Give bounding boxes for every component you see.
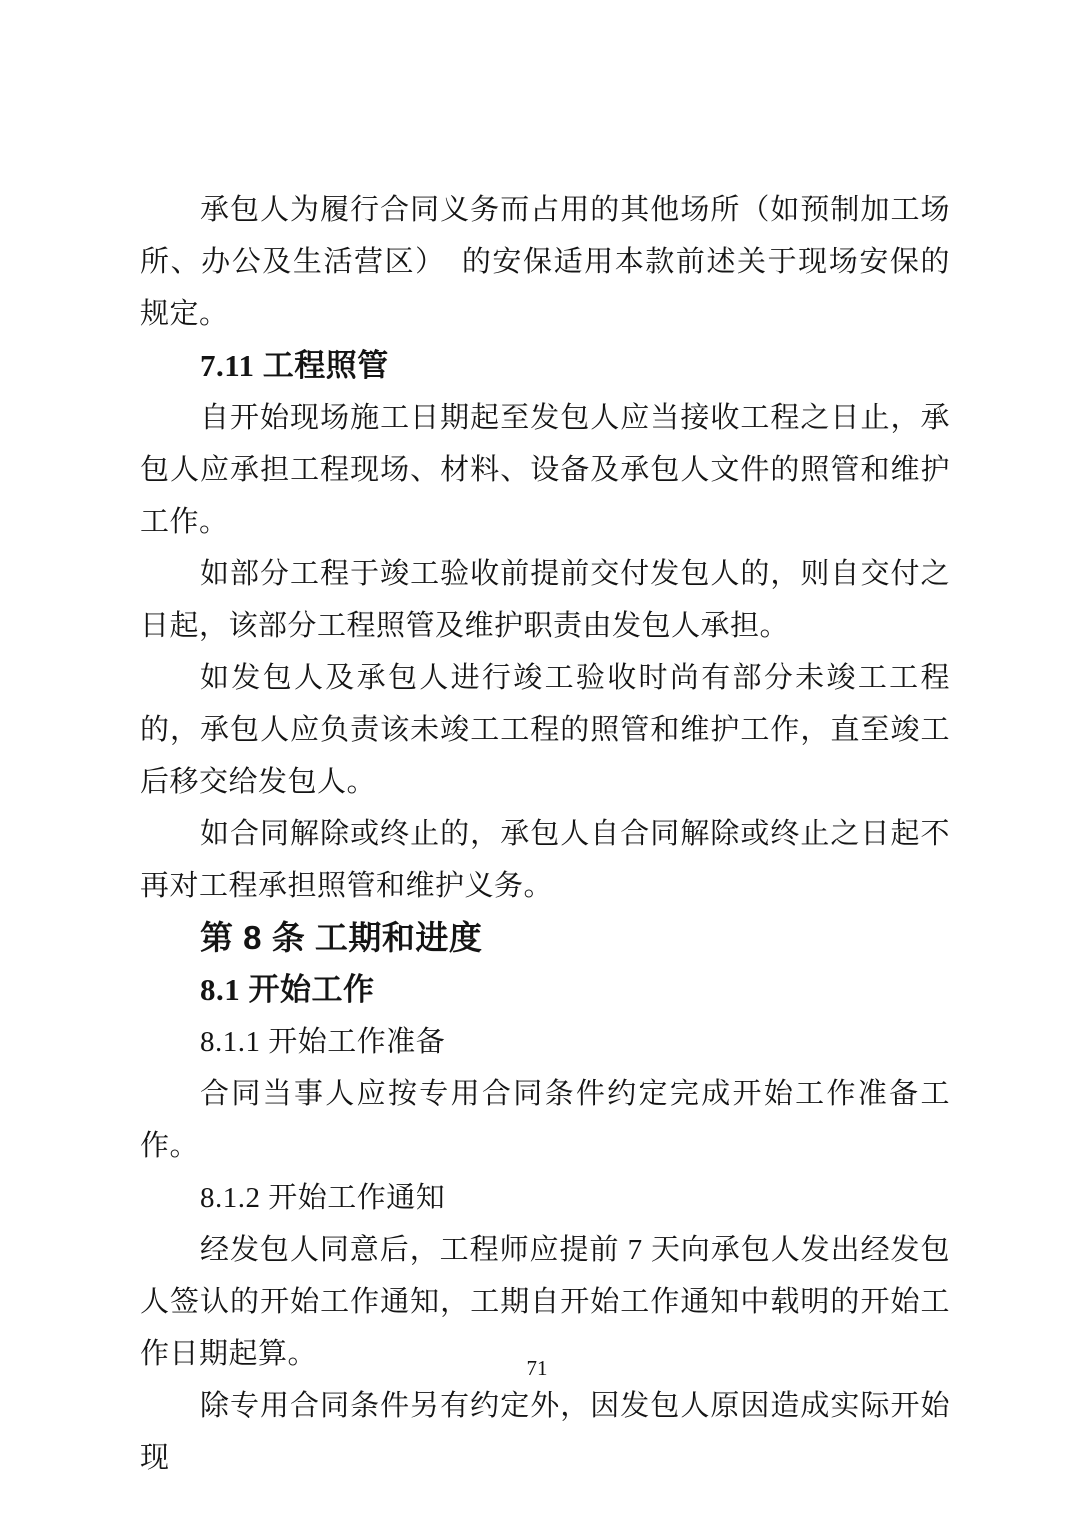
document-page: 承包人为履行合同义务而占用的其他场所（如预制加工场所、办公及生活营区） 的安保适…: [0, 0, 1074, 1520]
clause-heading-8-1-1: 8.1.1 开始工作准备: [140, 1016, 950, 1068]
section-heading-7-11: 7.11 工程照管: [140, 340, 950, 392]
clause-heading-8-1-2: 8.1.2 开始工作通知: [140, 1172, 950, 1224]
paragraph: 承包人为履行合同义务而占用的其他场所（如预制加工场所、办公及生活营区） 的安保适…: [140, 184, 950, 340]
chapter-heading-8: 第 8 条 工期和进度: [140, 912, 950, 964]
section-heading-8-1: 8.1 开始工作: [140, 964, 950, 1016]
paragraph: 除专用合同条件另有约定外，因发包人原因造成实际开始现: [140, 1380, 950, 1484]
page-number: 71: [0, 1356, 1074, 1381]
paragraph: 合同当事人应按专用合同条件约定完成开始工作准备工作。: [140, 1068, 950, 1172]
paragraph: 如发包人及承包人进行竣工验收时尚有部分未竣工工程的，承包人应负责该未竣工工程的照…: [140, 652, 950, 808]
page-content: 承包人为履行合同义务而占用的其他场所（如预制加工场所、办公及生活营区） 的安保适…: [140, 184, 950, 1484]
paragraph: 如部分工程于竣工验收前提前交付发包人的，则自交付之日起，该部分工程照管及维护职责…: [140, 548, 950, 652]
paragraph: 自开始现场施工日期起至发包人应当接收工程之日止，承包人应承担工程现场、材料、设备…: [140, 392, 950, 548]
paragraph: 如合同解除或终止的，承包人自合同解除或终止之日起不再对工程承担照管和维护义务。: [140, 808, 950, 912]
